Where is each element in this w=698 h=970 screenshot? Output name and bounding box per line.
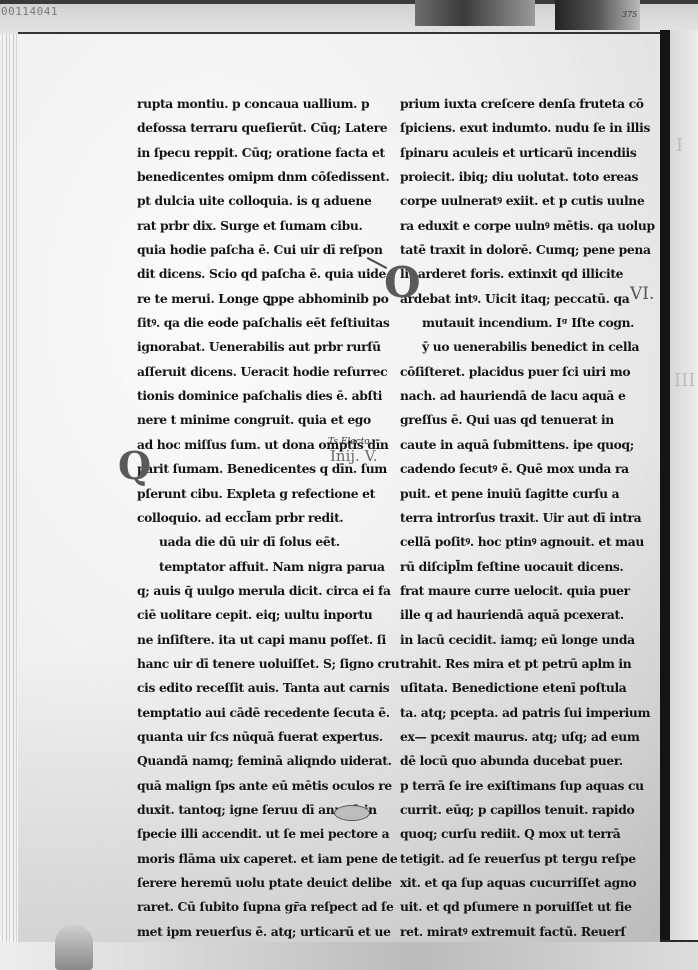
illuminated-initial-q: Q bbox=[118, 447, 151, 485]
right-text-column: prium iuxta creſcere denſa fruteta cōſpi… bbox=[400, 92, 652, 944]
text-line: in ſpecu reppit. Cūq; oratione facta et bbox=[137, 141, 377, 165]
book-clamp bbox=[415, 0, 535, 26]
text-line: re te merui. Longe ꝗppe abhominib po bbox=[137, 287, 377, 311]
text-line: tionis dominice paſchalis dies ē. abſti bbox=[137, 384, 377, 408]
text-line: ret. miratꝰ extremuit factū. Reuerſ bbox=[400, 920, 652, 944]
text-line: cōſiſteret. placidus puer ſci uiri mo bbox=[400, 360, 652, 384]
text-line: quia hodie paſcha ē. Cui uir dī reſpon bbox=[137, 238, 377, 262]
text-line: tetigit. ad ſe reuerſus pt tergu reſpe bbox=[400, 847, 652, 871]
text-line: tatē traxit in dolorē. Cumq; pene pena bbox=[400, 238, 652, 262]
ghost-numeral: III bbox=[674, 370, 695, 391]
folio-number: 375 bbox=[622, 10, 637, 19]
text-line: q; auis q̄ uulgo merula dicit. circa ei … bbox=[137, 579, 377, 603]
text-line: ille q ad hauriendā aquā pcexerat. bbox=[400, 603, 652, 627]
text-line: aſſeruit dicens. Ueracit hodie reſurrec bbox=[137, 360, 377, 384]
scan-bottom-strip bbox=[0, 942, 698, 970]
text-line: puit. et pene inuiū ſagitte curſu a bbox=[400, 482, 652, 506]
text-line: ignorabat. Uenerabilis aut prbr rurſū bbox=[137, 335, 377, 359]
text-line: in lacū cecidit. iamq; eū longe unda bbox=[400, 628, 652, 652]
text-line: ſerere heremū uolu ptate deuict delibe bbox=[137, 871, 377, 895]
text-line: defossa terraru queſierūt. Cūq; Latere bbox=[137, 116, 377, 140]
text-line: ardebat intꝰ. Uicit itaq; peccatū. qa bbox=[400, 287, 652, 311]
binding-gutter bbox=[660, 30, 670, 940]
text-line: currit. eūq; p capillos tenuit. rapido bbox=[400, 798, 652, 822]
text-line: proiecit. ibiq; diu uolutat. toto ereas bbox=[400, 165, 652, 189]
ghost-numeral: I bbox=[676, 135, 683, 156]
text-line: nach. ad hauriendā de lacu aquā e bbox=[400, 384, 652, 408]
margin-note-rubric: Ts Electo. bbox=[328, 437, 372, 447]
archive-id: 00114041 bbox=[1, 5, 58, 18]
text-line: Quandā namq; feminā aliqndo uiderat. bbox=[137, 749, 377, 773]
text-line: p terrā ſe ire exiſtimans ſup aquas cu bbox=[400, 774, 652, 798]
text-line: ex— pcexit maurus. atq; uſq; ad eum bbox=[400, 725, 652, 749]
facing-page-edge: I III bbox=[670, 30, 698, 940]
text-line: uada die dū uir dī ſolus eēt. bbox=[137, 530, 377, 554]
text-line: ſitꝰ. qa die eode paſchalis eēt feſtiuit… bbox=[137, 311, 377, 335]
text-line: quoq; curſu rediit. Q mox ut terrā bbox=[400, 822, 652, 846]
text-line: colloquio. ad eccl̄am prbr redit. bbox=[137, 506, 377, 530]
holding-finger bbox=[55, 925, 93, 970]
text-line: rat prbr dix. Surge et ſumam cibu. bbox=[137, 214, 377, 238]
illuminated-initial-o: O bbox=[384, 262, 421, 304]
text-line: met ipm reuerſus ē. atq; urticarū et ue bbox=[137, 920, 377, 944]
text-line: dē locū quo abunda ducebat puer. bbox=[400, 749, 652, 773]
text-line: rū diſcipl̄m feſtine uocauit dicens. bbox=[400, 555, 652, 579]
text-line: temptatio aui cādē recedente ſecuta ē. bbox=[137, 701, 377, 725]
text-line: cellā poſitꝰ. hoc ptinꝰ agnouit. et mau bbox=[400, 530, 652, 554]
scan-top-strip: 00114041 375 bbox=[0, 0, 698, 34]
text-line: cadendo ſecutꝰ ē. Quē mox unda ra bbox=[400, 457, 652, 481]
decorative-ornament bbox=[334, 805, 370, 821]
text-line: nere t minime congruit. quia et ego bbox=[137, 408, 377, 432]
text-line: ȳ uo uenerabilis benedict in cella bbox=[400, 335, 652, 359]
text-line: ſpinaru aculeis et urticarū incendiis bbox=[400, 141, 652, 165]
text-line: hanc uir dī tenere uoluiſſet. S; ſigno c… bbox=[137, 652, 377, 676]
text-line: quanta uir ſcs nūquā fuerat expertus. bbox=[137, 725, 377, 749]
text-line: pt dulcia uite colloquia. is q aduene bbox=[137, 189, 377, 213]
text-line: corpe uulneratꝰ exiit. et p cutis uulne bbox=[400, 189, 652, 213]
text-line: cis edito receſſit auis. Tanta aut carni… bbox=[137, 676, 377, 700]
text-line: raret. Cū ſubito ſupna gr̄a reſpect ad ſ… bbox=[137, 895, 377, 919]
chapter-rubric: Inij. V. bbox=[330, 447, 378, 465]
text-line: ſpiciens. exut indumto. nudu ſe in illis bbox=[400, 116, 652, 140]
text-line: rupta montiu. p concaua uallium. p bbox=[137, 92, 377, 116]
text-line: prium iuxta creſcere denſa fruteta cō bbox=[400, 92, 652, 116]
text-line: ciē uolitare cepit. eiq; uultu inportu bbox=[137, 603, 377, 627]
text-line: caute in aquā ſubmittens. ipe quoq; bbox=[400, 433, 652, 457]
text-line: ta. atq; pcepta. ad patris ſui imperium bbox=[400, 701, 652, 725]
text-line: terra introrſus traxit. Uir aut dī intra bbox=[400, 506, 652, 530]
text-line: trahit. Res mira et pt petrū aplm in bbox=[400, 652, 652, 676]
text-line: greſſus ē. Qui uas qd tenuerat in bbox=[400, 408, 652, 432]
text-line: lit arderet foris. extinxit qd illicite bbox=[400, 262, 652, 286]
text-line: benedicentes omipm dnm cōſedissent. bbox=[137, 165, 377, 189]
text-line: ra eduxit e corpe uulnꝰ mētis. qa uolup bbox=[400, 214, 652, 238]
text-line: uſitata. Benedictione etenī poſtula bbox=[400, 676, 652, 700]
text-line: ſpecie illi accendit. ut ſe mei pectore … bbox=[137, 822, 377, 846]
text-line: uit. et qd pſumere n poruiſſet ut fie bbox=[400, 895, 652, 919]
text-line: moris flāma uix caperet. et iam pene de bbox=[137, 847, 377, 871]
text-line: dit dicens. Scio qd paſcha ē. quia uide bbox=[137, 262, 377, 286]
text-line: quā malign ſps ante eū mētis oculos re bbox=[137, 774, 377, 798]
text-line: temptator affuit. Nam nigra parua bbox=[137, 555, 377, 579]
text-line: mutauit incendium. Iᵍ Iſte cogn. bbox=[400, 311, 652, 335]
text-line: frat maure curre uelocit. quia puer bbox=[400, 579, 652, 603]
text-line: xit. et qa ſup aquas cucurriſſet agno bbox=[400, 871, 652, 895]
text-line: pſerunt cibu. Expleta g refectione et bbox=[137, 482, 377, 506]
margin-chapter-number: VI. bbox=[630, 284, 654, 304]
text-line: ne inſiſtere. ita ut capi manu poſſet. ſ… bbox=[137, 628, 377, 652]
